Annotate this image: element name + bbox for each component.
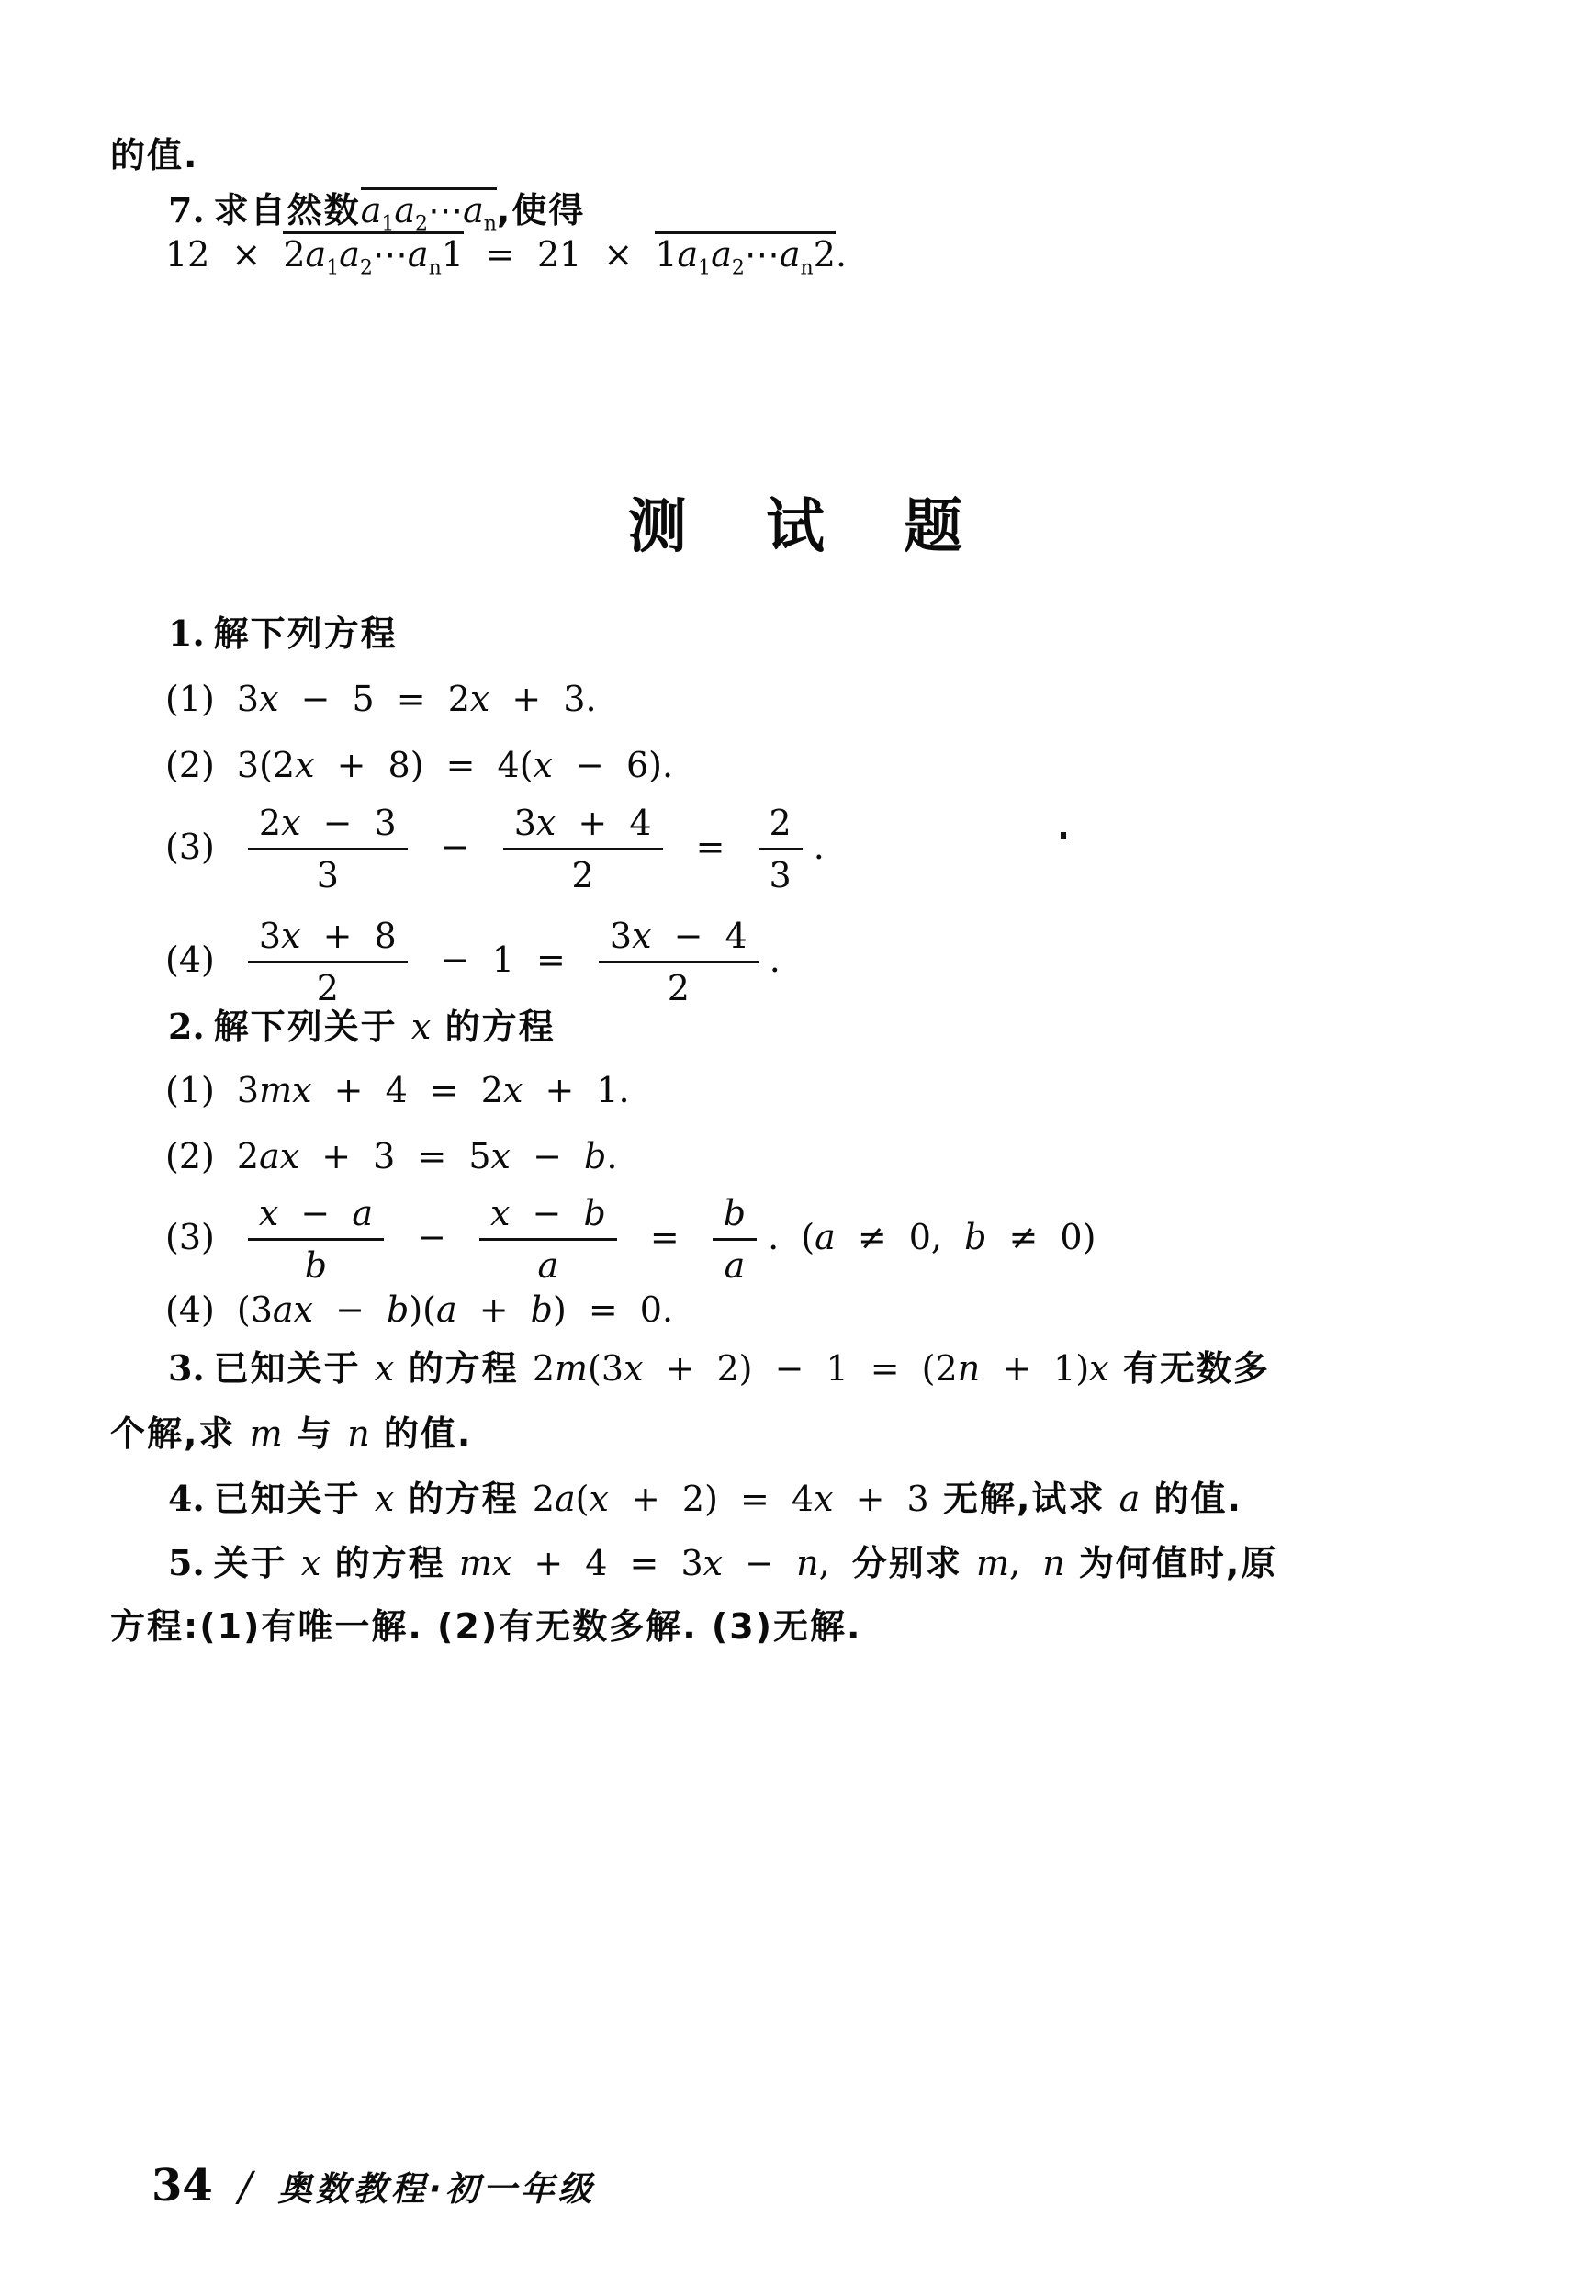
- problem-1-part-4: (4) 3x + 82 − 1 = 3x − 42.: [165, 918, 781, 1007]
- page-footer: 34 / 奥数教程·初一年级: [152, 2160, 596, 2212]
- footer-separator: /: [239, 2164, 253, 2211]
- problem-3-line-1: 3.已知关于 x 的方程 2m(3x + 2) − 1 = (2n + 1)x …: [168, 1348, 1270, 1390]
- problem-1-part-1: (1) 3x − 5 = 2x + 3.: [165, 680, 597, 720]
- problem-1-heading: 1.解下列方程: [168, 613, 398, 655]
- intro-tail-line: 的值.: [110, 136, 198, 176]
- problem-2-heading: 2.解下列关于 x 的方程: [168, 1007, 556, 1048]
- problem-2-part-4: (4) (3ax − b)(a + b) = 0.: [165, 1290, 673, 1331]
- book-title: 奥数教程·初一年级: [278, 2161, 596, 2211]
- page-number: 34: [152, 2160, 213, 2212]
- problem-5-line-1: 5.关于 x 的方程 mx + 4 = 3x − n, 分别求 m, n 为何值…: [168, 1543, 1277, 1584]
- problem-2-part-3: (3) x − ab − x − ba = ba. (a ≠ 0, b ≠ 0): [165, 1196, 1096, 1285]
- problem-1-part-3: (3) 2x − 33 − 3x + 42 = 23.: [165, 805, 825, 895]
- problem-4-line: 4.已知关于 x 的方程 2a(x + 2) = 4x + 3 无解,试求 a …: [168, 1479, 1242, 1520]
- section-title-text: 测 试 题: [628, 492, 969, 561]
- problem-3-line-2: 个解,求 m 与 n 的值.: [110, 1414, 472, 1455]
- section-title: 测 试 题: [0, 479, 1596, 564]
- problem-2-part-2: (2) 2ax + 3 = 5x − b.: [165, 1137, 617, 1177]
- problem-7-equation: 12 × 2a1a2⋯an1 = 21 × 1a1a2⋯an2.: [165, 231, 847, 276]
- problem-1-part-2: (2) 3(2x + 8) = 4(x − 6).: [165, 746, 673, 786]
- scanned-textbook-page: 的值. 7.求自然数a1a2⋯an,使得 12 × 2a1a2⋯an1 = 21…: [0, 0, 1596, 2296]
- scan-speck: [1061, 832, 1066, 839]
- problem-5-line-2: 方程:(1)有唯一解. (2)有无数多解. (3)无解.: [110, 1607, 862, 1648]
- problem-7-intro: 7.求自然数a1a2⋯an,使得: [168, 187, 585, 231]
- problem-2-part-1: (1) 3mx + 4 = 2x + 1.: [165, 1071, 630, 1111]
